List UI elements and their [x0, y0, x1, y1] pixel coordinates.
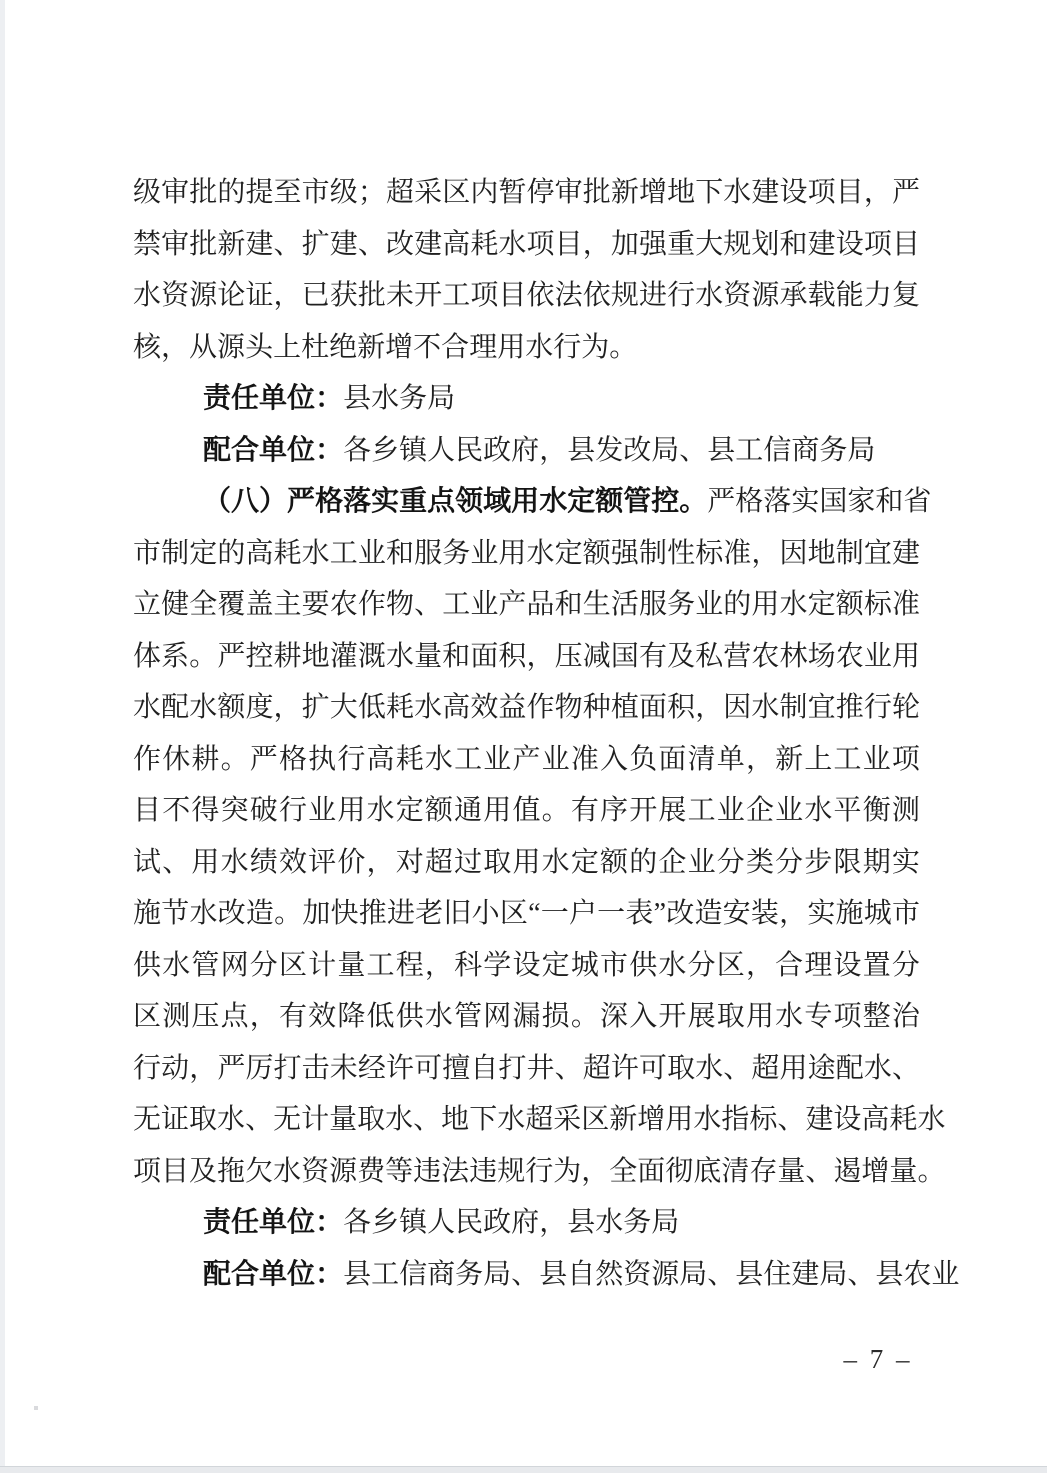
character: 建	[892, 528, 920, 580]
character: 定	[555, 528, 583, 580]
character: 、	[413, 1094, 441, 1146]
character: ，	[274, 682, 302, 734]
character: 额	[425, 785, 453, 837]
character: 性	[667, 528, 695, 580]
character: 目	[498, 270, 526, 322]
character: 设	[780, 167, 808, 219]
character: 积	[667, 682, 695, 734]
bold-character: 额	[595, 476, 623, 528]
character: 水	[217, 1094, 245, 1146]
character: ，	[274, 270, 302, 322]
character: 学	[483, 940, 511, 992]
character: 落	[763, 476, 791, 528]
character: 限	[834, 837, 862, 889]
character: 过	[454, 837, 482, 889]
text-block: 级审批的提至市级；超采区内暂停审批新增地下水建设项目，严禁审批新建、扩建、改建高…	[133, 167, 920, 1300]
character: 增	[639, 167, 667, 219]
character: 用	[498, 528, 526, 580]
character: 建	[808, 219, 836, 271]
character: 新	[357, 322, 385, 374]
character: 府	[511, 425, 539, 477]
text-line: 行动，严厉打击未经许可擅自打井、超许可取水、超用途配水、	[133, 1043, 920, 1095]
character: 产	[498, 579, 526, 631]
character: 经	[358, 1043, 386, 1095]
bold-character: 定	[567, 476, 595, 528]
character: 水	[497, 1094, 525, 1146]
bold-character: 领	[455, 476, 483, 528]
character: 府	[511, 1197, 539, 1249]
character: 级	[133, 167, 161, 219]
character: 镇	[399, 1197, 427, 1249]
character: 大	[695, 219, 723, 271]
character: 配	[836, 1043, 864, 1095]
character: 健	[161, 579, 189, 631]
character: 县	[343, 1249, 371, 1301]
character: 信	[399, 1249, 427, 1301]
character: 及	[189, 1146, 217, 1198]
character: 作	[527, 682, 555, 734]
character: 县	[567, 1197, 595, 1249]
character: ”	[654, 888, 666, 940]
scan-edge-bottom	[0, 1466, 1047, 1473]
character: 加	[611, 219, 639, 271]
character: 扩	[302, 219, 330, 271]
character: 局	[679, 1249, 707, 1301]
character: 工	[330, 528, 358, 580]
character: 水	[804, 785, 832, 837]
character: 用	[780, 1043, 808, 1095]
character: 源	[189, 270, 217, 322]
character: 试	[133, 837, 161, 889]
character: 工	[442, 579, 470, 631]
character: 平	[834, 785, 862, 837]
character: 业	[864, 631, 892, 683]
character: 和	[875, 476, 903, 528]
character: 低	[367, 991, 395, 1043]
character: 一	[597, 888, 625, 940]
character: 私	[695, 631, 723, 683]
character: 水	[425, 991, 453, 1043]
character: 分	[688, 940, 716, 992]
character: 建	[414, 219, 442, 271]
character: 市	[133, 528, 161, 580]
character: 增	[385, 322, 413, 374]
character: 额	[217, 682, 245, 734]
character: 对	[396, 837, 424, 889]
character: 业	[695, 579, 723, 631]
character: 工	[454, 734, 482, 786]
character: 建	[751, 167, 779, 219]
character: 承	[780, 270, 808, 322]
character: 法	[441, 1146, 469, 1198]
character: 和	[442, 631, 470, 683]
character: 准	[571, 734, 599, 786]
character: 国	[611, 631, 639, 683]
character: 强	[611, 528, 639, 580]
character: 水	[780, 579, 808, 631]
character: 量	[337, 940, 365, 992]
character: 能	[836, 270, 864, 322]
character: 务	[819, 425, 847, 477]
character: 可	[414, 1043, 442, 1095]
character: 新	[775, 734, 803, 786]
character: 设	[834, 940, 862, 992]
character: 项	[834, 991, 862, 1043]
character: 禁	[133, 219, 161, 271]
character: 价	[337, 837, 365, 889]
character: ，	[583, 219, 611, 271]
character: 施	[836, 888, 864, 940]
character: 用	[665, 1094, 693, 1146]
character: 局	[483, 1249, 511, 1301]
character: 立	[133, 579, 161, 631]
character: 业	[717, 785, 745, 837]
character: ；	[358, 167, 386, 219]
character: 信	[763, 425, 791, 477]
character: 农	[836, 631, 864, 683]
character: 行	[864, 682, 892, 734]
character: 严	[250, 734, 278, 786]
character: 农	[751, 631, 779, 683]
bold-character: ：	[315, 373, 343, 425]
character: 从	[189, 322, 217, 374]
character: 有	[639, 631, 667, 683]
character: 水	[273, 1146, 301, 1198]
character: 县	[567, 425, 595, 477]
character: 目	[555, 219, 583, 271]
bold-character: ：	[315, 1197, 343, 1249]
character: 各	[343, 425, 371, 477]
character: 水	[864, 1043, 892, 1095]
character: 耗	[889, 1094, 917, 1146]
character: 水	[386, 631, 414, 683]
character: 取	[357, 1094, 385, 1146]
character: 大	[330, 682, 358, 734]
character: ，	[695, 682, 723, 734]
character: 增	[637, 1094, 665, 1146]
character: 施	[133, 888, 161, 940]
character: 要	[302, 579, 330, 631]
bold-character: （	[203, 476, 231, 528]
character: 宜	[864, 528, 892, 580]
character: 深	[600, 991, 628, 1043]
character: 低	[358, 682, 386, 734]
character: 打	[498, 1043, 526, 1095]
character: 入	[629, 991, 657, 1043]
character: 供	[133, 940, 161, 992]
dust-speck	[34, 1406, 38, 1410]
character: 地	[302, 631, 330, 683]
character: 严	[217, 631, 245, 683]
bold-character: 。	[679, 476, 707, 528]
character: 植	[611, 682, 639, 734]
character: 覆	[217, 579, 245, 631]
character: 内	[470, 167, 498, 219]
character: 额	[583, 528, 611, 580]
character: 擅	[442, 1043, 470, 1095]
character: 复	[892, 270, 920, 322]
character: 科	[454, 940, 482, 992]
character: 。	[221, 734, 249, 786]
character: 国	[819, 476, 847, 528]
character: 盖	[245, 579, 273, 631]
character: 实	[791, 476, 819, 528]
character: 分	[892, 940, 920, 992]
text-line: 无证取水、无计量取水、地下水超采区新增用水指标、建设高耗水	[133, 1094, 920, 1146]
character: 。	[189, 631, 217, 683]
character: 城	[864, 888, 892, 940]
character: 新	[217, 219, 245, 271]
character: 水	[162, 940, 190, 992]
character: 的	[217, 528, 245, 580]
character: 载	[808, 270, 836, 322]
character: 规	[611, 270, 639, 322]
character: 水	[189, 888, 217, 940]
character: 用	[751, 579, 779, 631]
character: 超	[386, 167, 414, 219]
character: 耕	[274, 631, 302, 683]
character: 格	[279, 734, 307, 786]
character: 、	[274, 219, 302, 271]
character: 一	[541, 888, 569, 940]
character: 打	[274, 1043, 302, 1095]
character: 目	[836, 167, 864, 219]
character: 清	[721, 1146, 749, 1198]
character: 水	[133, 270, 161, 322]
scan-edge-left	[0, 0, 5, 1473]
text-line: 水配水额度，扩大低耗水高效益作物种植面积，因水制宜推行轮	[133, 682, 920, 734]
character: 许	[611, 1043, 639, 1095]
character: 未	[330, 1043, 358, 1095]
character: 企	[658, 837, 686, 889]
character: 、	[679, 425, 707, 477]
text-line: 项目及拖欠水资源费等违法违规行为，全面彻底清存量、遏增量。	[133, 1146, 920, 1198]
text-line: 配合单位：县工信商务局、县自然资源局、县住建局、县农业	[133, 1249, 920, 1301]
character: 治	[892, 991, 920, 1043]
character: 违	[469, 1146, 497, 1198]
character: 乡	[371, 1197, 399, 1249]
character: 指	[721, 1094, 749, 1146]
character: 林	[780, 631, 808, 683]
character: 县	[539, 1249, 567, 1301]
character: 用	[746, 991, 774, 1043]
character: 业	[775, 785, 803, 837]
character: 业	[483, 734, 511, 786]
character: 进	[387, 888, 415, 940]
character: 县	[343, 373, 371, 425]
character: 力	[864, 270, 892, 322]
character: 、	[847, 1249, 875, 1301]
character: 可	[639, 1043, 667, 1095]
character: 企	[746, 785, 774, 837]
character: 目	[133, 785, 161, 837]
character: 、	[162, 837, 190, 889]
character: 灌	[330, 631, 358, 683]
character: 及	[667, 631, 695, 683]
character: 局	[651, 425, 679, 477]
character: 、	[777, 1094, 805, 1146]
character: 局	[427, 373, 455, 425]
character: 镇	[399, 425, 427, 477]
character: 务	[442, 528, 470, 580]
character: 停	[527, 167, 555, 219]
character: 实	[807, 888, 835, 940]
character: 建	[330, 219, 358, 271]
character: 装	[751, 888, 779, 940]
character: 项	[808, 167, 836, 219]
character: 加	[302, 888, 330, 940]
character: 下	[469, 1094, 497, 1146]
character: 场	[808, 631, 836, 683]
character: 用	[497, 322, 525, 374]
character: 损	[542, 991, 570, 1043]
character: 推	[836, 682, 864, 734]
character: 取	[189, 1094, 217, 1146]
text-line: 目不得突破行业用水定额通用值。有序开展工业企业水平衡测	[133, 785, 920, 837]
character: 、	[707, 1249, 735, 1301]
character: 不	[162, 785, 190, 837]
character: 项	[864, 219, 892, 271]
character: 源	[751, 270, 779, 322]
character: 生	[583, 579, 611, 631]
character: 然	[595, 1249, 623, 1301]
character: 。	[542, 785, 570, 837]
character: 实	[892, 837, 920, 889]
bold-character: 责	[203, 1197, 231, 1249]
character: 宜	[808, 682, 836, 734]
character: 小	[472, 888, 500, 940]
character: 造	[694, 888, 722, 940]
text-line: 市制定的高耗水工业和服务业用水定额强制性标准，因地制宜建	[133, 528, 920, 580]
character: 审	[161, 219, 189, 271]
character: 拖	[217, 1146, 245, 1198]
character: 杜	[301, 322, 329, 374]
character: 量	[329, 1094, 357, 1146]
character: 设	[833, 1094, 861, 1146]
character: 城	[571, 940, 599, 992]
character: 改	[623, 425, 651, 477]
character: 资	[623, 1249, 651, 1301]
character: 和	[555, 579, 583, 631]
character: 发	[595, 425, 623, 477]
character: 值	[512, 785, 540, 837]
bold-character: 合	[231, 425, 259, 477]
character: 老	[415, 888, 443, 940]
character: 置	[863, 940, 891, 992]
character: 项	[892, 734, 920, 786]
bold-character: 位	[287, 1249, 315, 1301]
character: 依	[527, 270, 555, 322]
character: 准	[723, 528, 751, 580]
character: 营	[723, 631, 751, 683]
character: 存	[749, 1146, 777, 1198]
character: 乡	[371, 425, 399, 477]
character: 行	[667, 270, 695, 322]
character: 有	[571, 785, 599, 837]
character: 标	[864, 579, 892, 631]
character: 务	[623, 1197, 651, 1249]
character: 、	[245, 1094, 273, 1146]
character: 溉	[358, 631, 386, 683]
character: 、	[414, 579, 442, 631]
character: 水	[425, 734, 453, 786]
character: 水	[133, 682, 161, 734]
character: 、	[358, 219, 386, 271]
character: 类	[746, 837, 774, 889]
character: 积	[498, 631, 526, 683]
character: 管	[454, 991, 482, 1043]
character: 测	[892, 785, 920, 837]
character: 休	[162, 734, 190, 786]
character: 整	[863, 991, 891, 1043]
character: 局	[819, 1249, 847, 1301]
character: 准	[892, 579, 920, 631]
character: 制	[639, 528, 667, 580]
character: ，	[250, 991, 278, 1043]
character: 水	[695, 1043, 723, 1095]
character: 工	[834, 734, 862, 786]
character: 定	[396, 785, 424, 837]
character: 头	[245, 322, 273, 374]
character: 计	[308, 940, 336, 992]
character: 理	[804, 940, 832, 992]
character: ，	[864, 167, 892, 219]
character: 业	[931, 1249, 959, 1301]
character: 负	[629, 734, 657, 786]
character: 许	[386, 1043, 414, 1095]
character: ，	[539, 1197, 567, 1249]
character: 批	[583, 167, 611, 219]
character: 严	[707, 476, 735, 528]
character: 厉	[245, 1043, 273, 1095]
character: 面	[639, 682, 667, 734]
character: 业	[470, 528, 498, 580]
character: 市	[892, 888, 920, 940]
character: 务	[399, 373, 427, 425]
character: 行	[279, 785, 307, 837]
character: 严	[892, 167, 920, 219]
character: 水	[498, 219, 526, 271]
character: 批	[358, 270, 386, 322]
character: 额	[600, 837, 628, 889]
character: 建	[805, 1094, 833, 1146]
character: 划	[751, 219, 779, 271]
character: 证	[161, 1094, 189, 1146]
character: 绩	[250, 837, 278, 889]
character: 分	[717, 837, 745, 889]
character: 压	[191, 991, 219, 1043]
character: 业	[470, 579, 498, 631]
character: 制	[780, 682, 808, 734]
character: 民	[455, 1197, 483, 1249]
character: 衡	[863, 785, 891, 837]
character: 高	[245, 528, 273, 580]
character: 资	[723, 270, 751, 322]
character: 面	[470, 631, 498, 683]
text-line: 试、用水绩效评价，对超过取用水定额的企业分类分步限期实	[133, 837, 920, 889]
character: 建	[245, 219, 273, 271]
character: 遏	[833, 1146, 861, 1198]
character: 高	[442, 682, 470, 734]
character: 行	[525, 1146, 553, 1198]
character: 县	[707, 425, 735, 477]
character: 标	[749, 1094, 777, 1146]
character: 效	[279, 837, 307, 889]
character: 各	[343, 1197, 371, 1249]
character: 资	[161, 270, 189, 322]
character: 欠	[245, 1146, 273, 1198]
character: 格	[735, 476, 763, 528]
